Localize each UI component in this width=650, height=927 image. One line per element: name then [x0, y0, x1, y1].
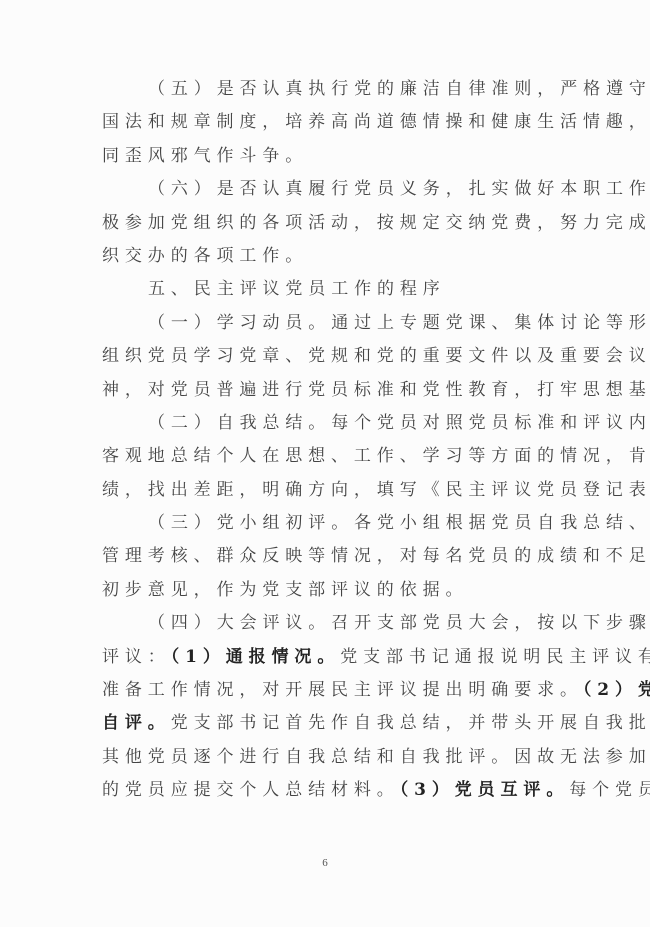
text-segment: 党支部书记通报说明民主评议有关: [340, 647, 650, 667]
text-line: 客观地总结个人在思想、工作、学习等方面的情况，肯定成: [102, 440, 572, 473]
text-segment: 每个党员自: [569, 780, 650, 800]
text-segment: 客观地总结个人在思想、工作、学习等方面的情况，肯定成: [102, 446, 650, 466]
text-line: （六）是否认真履行党员义务，扎实做好本职工作，积: [102, 173, 572, 206]
text-segment: （二）自我总结。每个党员对照党员标准和评议内容，: [148, 413, 650, 433]
document-page: （五）是否认真执行党的廉洁自律准则，严格遵守党纪国法和规章制度，培养高尚道德情操…: [0, 0, 650, 927]
text-line: 的党员应提交个人总结材料。（3）党员互评。每个党员自: [102, 774, 572, 807]
text-segment: 党支部书记首先作自我总结，并带头开展自我批评，: [171, 713, 650, 733]
text-line: （四）大会评议。召开支部党员大会，按以下步骤开展: [102, 607, 572, 640]
page-number: 6: [0, 857, 650, 869]
text-line: 组织党员学习党章、党规和党的重要文件以及重要会议精: [102, 340, 572, 373]
text-segment: 国法和规章制度，培养高尚道德情操和健康生活情趣，敢于: [102, 112, 650, 132]
text-segment: 的党员应提交个人总结材料。: [102, 780, 400, 800]
text-segment: 其他党员逐个进行自我总结和自我批评。因故无法参加会议: [102, 747, 650, 767]
text-segment: 组织党员学习党章、党规和党的重要文件以及重要会议精: [102, 346, 650, 366]
text-line: 极参加党组织的各项活动，按规定交纳党费，努力完成党组: [102, 207, 572, 240]
bold-text-segment: （2）党员: [583, 680, 650, 700]
text-line: （三）党小组初评。各党小组根据党员自我总结、日常: [102, 507, 572, 540]
text-segment: 五、民主评议党员工作的程序: [148, 279, 446, 299]
text-line: 同歪风邪气作斗争。: [102, 140, 572, 173]
text-line: 评议：（1）通报情况。党支部书记通报说明民主评议有关: [102, 641, 572, 674]
text-line: 织交办的各项工作。: [102, 240, 572, 273]
text-segment: 绩，找出差距，明确方向，填写《民主评议党员登记表》。: [102, 480, 650, 500]
text-line: 初步意见，作为党支部评议的依据。: [102, 574, 572, 607]
text-line: 其他党员逐个进行自我总结和自我批评。因故无法参加会议: [102, 741, 572, 774]
text-segment: 同歪风邪气作斗争。: [102, 146, 308, 166]
text-line: 五、民主评议党员工作的程序: [102, 273, 572, 306]
text-segment: （三）党小组初评。各党小组根据党员自我总结、日常: [148, 513, 650, 533]
bold-text-segment: （1）通报情况。: [171, 647, 341, 667]
text-line: 神，对党员普遍进行党员标准和党性教育，打牢思想基础。: [102, 374, 572, 407]
text-segment: （一）学习动员。通过上专题党课、集体讨论等形式，: [148, 313, 650, 333]
text-segment: 评议：: [102, 647, 171, 667]
bold-text-segment: （3）党员互评。: [400, 780, 570, 800]
text-segment: （六）是否认真履行党员义务，扎实做好本职工作，积: [148, 179, 650, 199]
text-line: 自评。党支部书记首先作自我总结，并带头开展自我批评，: [102, 707, 572, 740]
text-line: 国法和规章制度，培养高尚道德情操和健康生活情趣，敢于: [102, 106, 572, 139]
text-line: （五）是否认真执行党的廉洁自律准则，严格遵守党纪: [102, 73, 572, 106]
text-line: （一）学习动员。通过上专题党课、集体讨论等形式，: [102, 307, 572, 340]
text-line: 准备工作情况，对开展民主评议提出明确要求。（2）党员: [102, 674, 572, 707]
text-segment: 管理考核、群众反映等情况，对每名党员的成绩和不足形成: [102, 546, 650, 566]
text-segment: 神，对党员普遍进行党员标准和党性教育，打牢思想基础。: [102, 380, 650, 400]
text-segment: 准备工作情况，对开展民主评议提出明确要求。: [102, 680, 583, 700]
text-segment: 极参加党组织的各项活动，按规定交纳党费，努力完成党组: [102, 213, 650, 233]
text-segment: （四）大会评议。召开支部党员大会，按以下步骤开展: [148, 613, 650, 633]
text-line: 管理考核、群众反映等情况，对每名党员的成绩和不足形成: [102, 540, 572, 573]
document-body: （五）是否认真执行党的廉洁自律准则，严格遵守党纪国法和规章制度，培养高尚道德情操…: [102, 73, 572, 808]
text-segment: 初步意见，作为党支部评议的依据。: [102, 580, 468, 600]
text-segment: 织交办的各项工作。: [102, 246, 308, 266]
text-line: 绩，找出差距，明确方向，填写《民主评议党员登记表》。: [102, 474, 572, 507]
bold-text-segment: 自评。: [102, 713, 171, 733]
text-segment: （五）是否认真执行党的廉洁自律准则，严格遵守党纪: [148, 79, 650, 99]
text-line: （二）自我总结。每个党员对照党员标准和评议内容，: [102, 407, 572, 440]
